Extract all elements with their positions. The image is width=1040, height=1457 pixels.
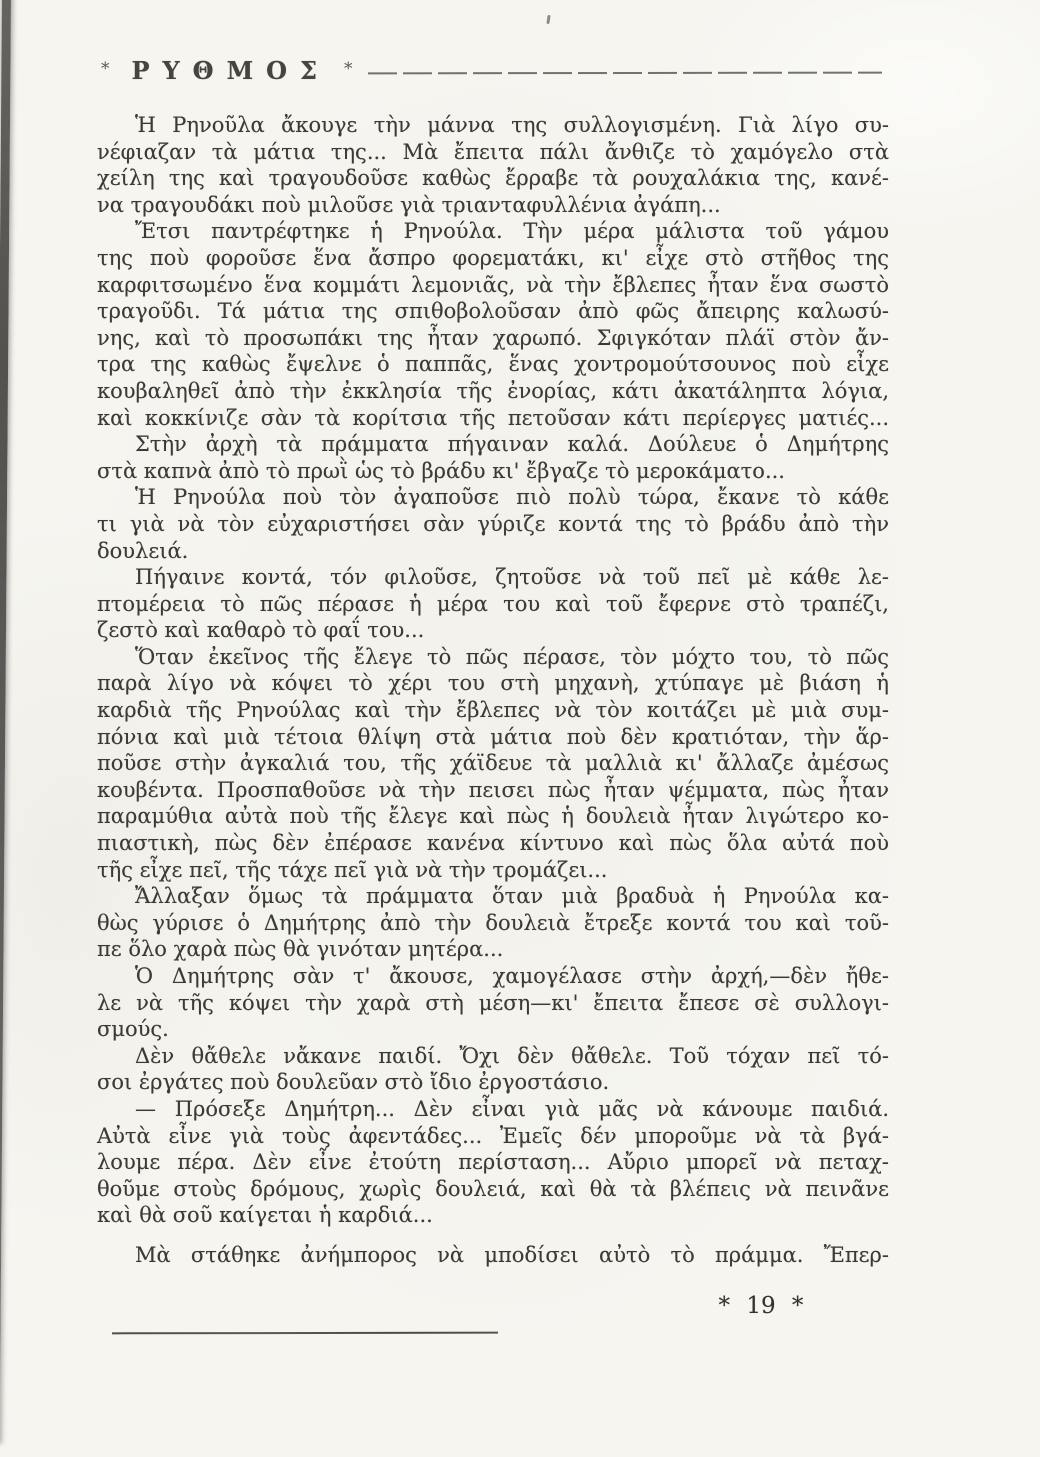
text-line: σοι ἐργάτες ποὺ δουλεῦαν στὸ ἴδιο ἐργοστ… (97, 1069, 889, 1096)
text-line: Ἡ Ρηνούλα ποὺ τὸν ἀγαποῦσε πιὸ πολὺ τώρα… (97, 484, 889, 511)
text-line: καὶ θὰ σοῦ καίγεται ἡ καρδιά... (97, 1202, 889, 1229)
masthead: * ΡΥΘΜΟΣ * (101, 56, 353, 85)
masthead-star-left-icon: * (101, 59, 110, 79)
text-line: τραγοῦδι. Τά μάτια της σπιθοβολοῦσαν ἀπὸ… (97, 298, 889, 325)
text-line: παρὰ λίγο νὰ κόψει τὸ χέρι του στὴ μηχαν… (97, 670, 889, 697)
text-line: δουλειά. (97, 538, 889, 565)
scanned-page: * ΡΥΘΜΟΣ * Ἡ Ρηνοῦλα ἄκουγε τὴν μάννα τη… (0, 0, 1040, 1457)
text-line: Δὲν θἄθελε νἄκανε παιδί. Ὄχι δὲν θἄθελε.… (97, 1043, 889, 1070)
text-line: Ὅταν ἐκεῖνος τῆς ἔλεγε τὸ πῶς πέρασε, τὸ… (97, 644, 889, 671)
text-line: θὼς γύρισε ὁ Δημήτρης ἀπὸ τὴν δουλειὰ ἔτ… (97, 910, 889, 937)
text-line: της ποὺ φοροῦσε ἕνα ἄσπρο φορεματάκι, κι… (97, 245, 889, 272)
text-line: τι γιὰ νὰ τὸν εὐχαριστήσει σὰν γύριζε κο… (97, 511, 889, 538)
text-line: θοῦμε στοὺς δρόμους, χωρὶς δουλειά, καὶ … (97, 1176, 889, 1203)
text-line: παραμύθια αὐτὰ ποὺ τῆς ἔλεγε καὶ πὼς ἡ δ… (97, 803, 889, 830)
text-line: πιαστικὴ, πὼς δὲν ἐπέρασε κανένα κίντυνο… (97, 830, 889, 857)
text-line: κουβαληθεῖ ἀπὸ τὴν ἐκκλησία τῆς ἐνορίας,… (97, 378, 889, 405)
text-line: Μὰ στάθηκε ἀνήμπορος νὰ μποδίσει αὐτὸ τὸ… (97, 1242, 889, 1269)
text-line: καὶ κοκκίνιζε σὰν τὰ κορίτσια τῆς πετοῦσ… (97, 405, 889, 432)
ink-speck (546, 15, 550, 24)
text-line: Ἄλλαξαν ὅμως τὰ πράμματα ὅταν μιὰ βραδυὰ… (97, 883, 889, 910)
text-line: στὰ καπνὰ ἀπὸ τὸ πρωῒ ὡς τὸ βράδυ κι' ἔβ… (97, 458, 889, 485)
text-line: τρα της καθὼς ἔψελνε ὁ παππᾶς, ἕνας χοντ… (97, 351, 889, 378)
text-line: κουβέντα. Προσπαθοῦσε νὰ τὴν πεισει πὼς … (97, 777, 889, 804)
text-line: Πήγαινε κοντά, τόν φιλοῦσε, ζητοῦσε νὰ τ… (97, 564, 889, 591)
text-line: καρδιὰ τῆς Ρηνούλας καὶ τὴν ἔβλεπες νὰ τ… (97, 697, 889, 724)
text-line: Ὁ Δημήτρης σὰν τ' ἄκουσε, χαμογέλασε στὴ… (97, 963, 889, 990)
text-line: χείλη της καὶ τραγουδοῦσε καθὼς ἔρραβε τ… (97, 165, 889, 192)
text-line: νης, καὶ τὸ προσωπάκι της ἦταν χαρωπό. Σ… (97, 325, 889, 352)
text-line: σμούς. (97, 1016, 889, 1043)
text-line: τῆς εἶχε πεῖ, τῆς τάχε πεῖ γιὰ νὰ τὴν τρ… (97, 857, 889, 884)
text-line: καρφιτσωμένο ἕνα κομμάτι λεμονιᾶς, νὰ τὴ… (97, 272, 889, 299)
footer-rule (112, 1332, 498, 1335)
text-line: πτομέρεια τὸ πῶς πέρασε ἡ μέρα του καὶ τ… (97, 591, 889, 618)
masthead-title: ΡΥΘΜΟΣ (132, 56, 331, 85)
page-number: * 19 * (696, 1293, 826, 1319)
text-line: πε ὅλο χαρὰ πὼς θὰ γινόταν μητέρα... (97, 936, 889, 963)
text-line: Ἔτσι παντρέφτηκε ἡ Ρηνούλα. Τὴν μέρα μάλ… (97, 218, 889, 245)
text-line: Αὐτὰ εἶνε γιὰ τοὺς ἀφεντάδες... Ἐμεῖς δέ… (97, 1123, 889, 1150)
text-line: ποῦσε στὴν ἀγκαλιά του, τῆς χάϊδευε τὰ μ… (97, 750, 889, 777)
header-dashed-rule (368, 72, 882, 75)
text-line: λουμε πέρα. Δὲν εἶνε ἐτούτη περίσταση...… (97, 1149, 889, 1176)
text-line: λε νὰ τῆς κόψει τὴν χαρὰ στὴ μέση—κι' ἔπ… (97, 990, 889, 1017)
body-text: Ἡ Ρηνοῦλα ἄκουγε τὴν μάννα της συλλογισμ… (97, 112, 889, 1269)
text-line: Στὴν ἀρχὴ τὰ πράμματα πήγαιναν καλά. Δού… (97, 431, 889, 458)
binding-shadow (0, 0, 11, 1444)
text-line: πόνια καὶ μιὰ τέτοια θλίψη στὰ μάτια ποὺ… (97, 724, 889, 751)
text-line: νέφιαζαν τὰ μάτια της... Μὰ ἔπειτα πάλι … (97, 139, 889, 166)
text-line: Ἡ Ρηνοῦλα ἄκουγε τὴν μάννα της συλλογισμ… (97, 112, 889, 139)
text-line: ζεστὸ καὶ καθαρὸ τὸ φαΐ του... (97, 617, 889, 644)
text-line: — Πρόσεξε Δημήτρη... Δὲν εἶναι γιὰ μᾶς ν… (97, 1096, 889, 1123)
masthead-star-right-icon: * (344, 59, 353, 79)
text-line: να τραγουδάκι ποὺ μιλοῦσε γιὰ τριανταφυλ… (97, 192, 889, 219)
